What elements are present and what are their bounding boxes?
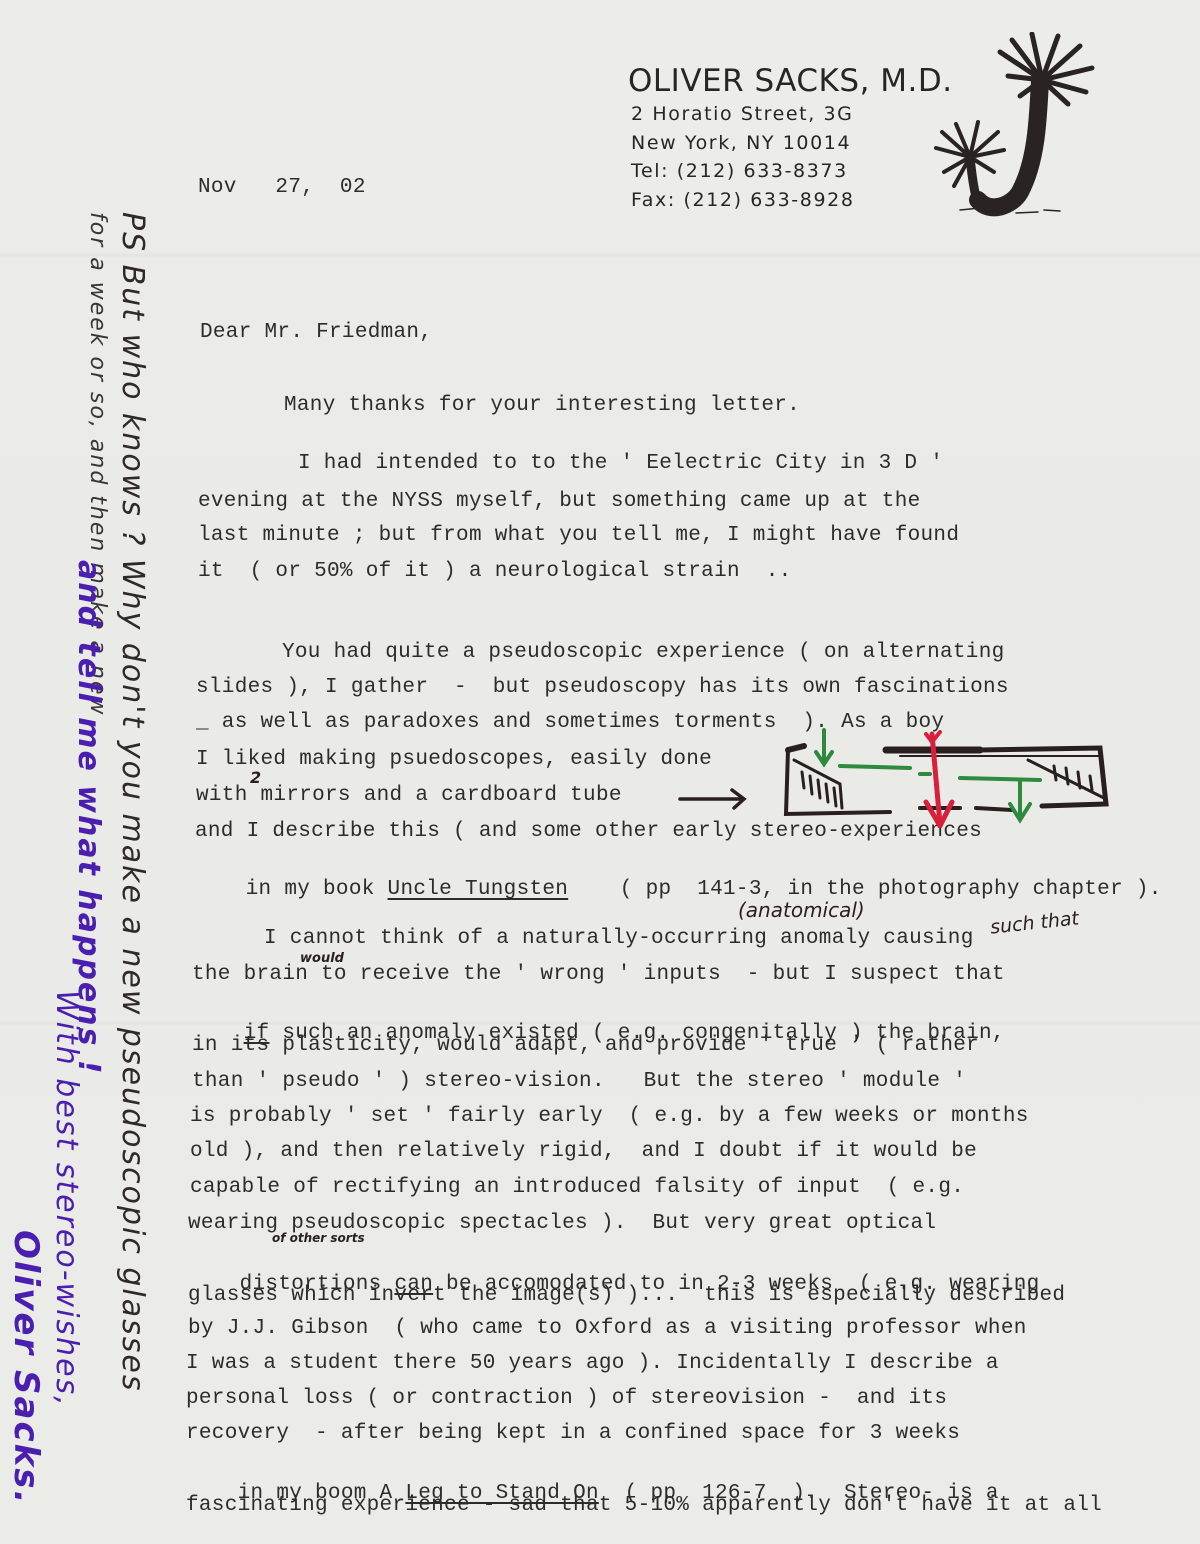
body-line: glasses which invert the image(s) )... t… bbox=[188, 1284, 1065, 1308]
body-line: personal loss ( or contraction ) of ster… bbox=[186, 1387, 947, 1411]
body-line: the brain to receive the ' wrong ' input… bbox=[192, 963, 1005, 987]
insert-two-annotation: 2 bbox=[250, 768, 261, 787]
paper-fold bbox=[0, 252, 1200, 258]
other-sorts-annotation: of other sorts bbox=[272, 1231, 365, 1245]
body-line: is probably ' set ' fairly early ( e.g. … bbox=[190, 1105, 1029, 1129]
arrow-right-icon bbox=[676, 786, 752, 812]
anatomical-annotation: (anatomical) bbox=[738, 898, 865, 922]
would-annotation: would bbox=[300, 951, 344, 966]
letterhead-name: OLIVER SACKS, M.D. bbox=[628, 62, 953, 100]
body-line: old ), and then relatively rigid, and I … bbox=[190, 1140, 977, 1164]
body-line: in its plasticity, would adapt, and prov… bbox=[192, 1034, 979, 1058]
body-line: I liked making psuedoscopes, easily done bbox=[196, 748, 712, 772]
body-text: ( pp 141-3, in the photography chapter )… bbox=[568, 878, 1162, 901]
body-line: Many thanks for your interesting letter. bbox=[284, 394, 800, 418]
body-line: capable of rectifying an introduced fals… bbox=[190, 1176, 964, 1200]
body-line: I cannot think of a naturally-occurring … bbox=[264, 927, 974, 951]
margin-note-closing: With best stereo-wishes, bbox=[49, 990, 84, 1408]
book-title-uncle-tungsten: Uncle Tungsten bbox=[388, 878, 569, 901]
letterhead-address-1: 2 Horatio Street, 3G bbox=[631, 100, 953, 129]
letterhead-tel: Tel: (212) 633-8373 bbox=[631, 157, 953, 186]
body-line: fascinating experience - sad that 5-10% … bbox=[186, 1494, 1102, 1518]
letterhead: OLIVER SACKS, M.D. 2 Horatio Street, 3G … bbox=[628, 62, 953, 214]
body-line: than ' pseudo ' ) stereo-vision. But the… bbox=[192, 1070, 966, 1094]
body-line: by J.J. Gibson ( who came to Oxford as a… bbox=[188, 1317, 1027, 1341]
body-line: evening at the NYSS myself, but somethin… bbox=[198, 490, 921, 514]
palm-trees-logo-icon bbox=[920, 32, 1100, 222]
signature: Oliver Sacks. bbox=[6, 1230, 46, 1505]
margin-note-ps: PS But who knows ? Why don't you make a … bbox=[115, 212, 150, 1392]
body-line: it ( or 50% of it ) a neurological strai… bbox=[198, 560, 792, 584]
body-line: slides ), I gather - but pseudoscopy has… bbox=[196, 676, 1009, 700]
letter-page: OLIVER SACKS, M.D. 2 Horatio Street, 3G … bbox=[0, 0, 1200, 1544]
body-line: with mirrors and a cardboard tube bbox=[196, 784, 622, 808]
body-line: I had intended to to the ' Eelectric Cit… bbox=[298, 452, 943, 476]
body-line: You had quite a pseudoscopic experience … bbox=[282, 641, 1005, 665]
body-line: I was a student there 50 years ago ). In… bbox=[186, 1352, 999, 1376]
letter-salutation: Dear Mr. Friedman, bbox=[200, 321, 432, 345]
pseudoscope-sketch-icon bbox=[780, 728, 1110, 828]
letterhead-fax: Fax: (212) 633-8928 bbox=[631, 186, 953, 215]
letter-date: Nov 27, 02 bbox=[198, 176, 366, 200]
margin-note-closing-text: With best stereo-wishes, bbox=[49, 990, 84, 1408]
body-text: in my book bbox=[246, 878, 388, 901]
signature-text: Oliver Sacks. bbox=[6, 1230, 46, 1505]
letterhead-address-2: New York, NY 10014 bbox=[631, 129, 953, 158]
margin-note-line-1: PS But who knows ? Why don't you make a … bbox=[115, 212, 150, 1392]
body-line: recovery - after being kept in a confine… bbox=[186, 1422, 960, 1446]
body-line: last minute ; but from what you tell me,… bbox=[198, 524, 959, 548]
